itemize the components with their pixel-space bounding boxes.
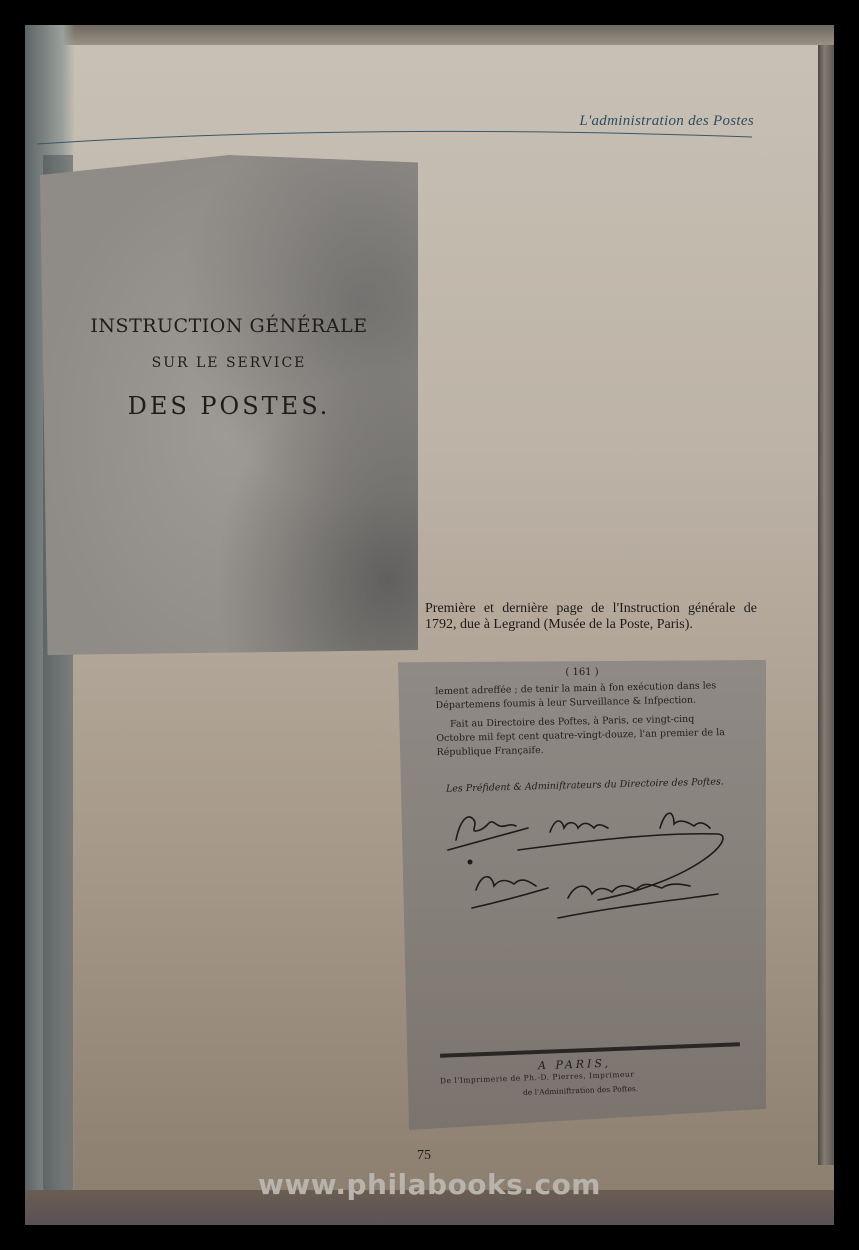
title-line-1: INSTRUCTION GÉNÉRALE	[40, 315, 418, 337]
letter-paragraph-1: lement adreffée ; de tenir la main à fon…	[435, 679, 736, 713]
title-line-2: SUR LE SERVICE	[40, 355, 418, 371]
handwritten-signatures	[438, 790, 738, 940]
header-rule	[37, 118, 757, 148]
title-line-3: DES POSTES.	[40, 392, 418, 420]
last-page-photo: ( 161 ) lement adreffée ; de tenir la ma…	[398, 660, 766, 1130]
letter-page-marker: ( 161 )	[398, 667, 766, 678]
page-number: 75	[417, 1148, 431, 1164]
watermark: www.philabooks.com	[0, 1168, 859, 1201]
page-top-curl	[25, 25, 834, 45]
photo-caption: Première et dernière page de l'Instructi…	[425, 601, 757, 633]
letter-paragraph-2: Fait au Directoire des Poftes, à Paris, …	[436, 712, 737, 760]
imprint-rule	[440, 1042, 740, 1058]
letter-body: lement adreffée ; de tenir la main à fon…	[435, 679, 737, 765]
imprint-line-2: de l'Adminiftration des Poftes.	[523, 1084, 638, 1097]
imprint-line-1: De l'Imprimerie de Ph.-D. Pierres, Impri…	[440, 1070, 635, 1086]
page-right-edge	[818, 45, 834, 1165]
title-page-photo: INSTRUCTION GÉNÉRALE SUR LE SERVICE DES …	[40, 155, 418, 655]
book-page: L'administration des Postes INSTRUCTION …	[25, 25, 834, 1225]
